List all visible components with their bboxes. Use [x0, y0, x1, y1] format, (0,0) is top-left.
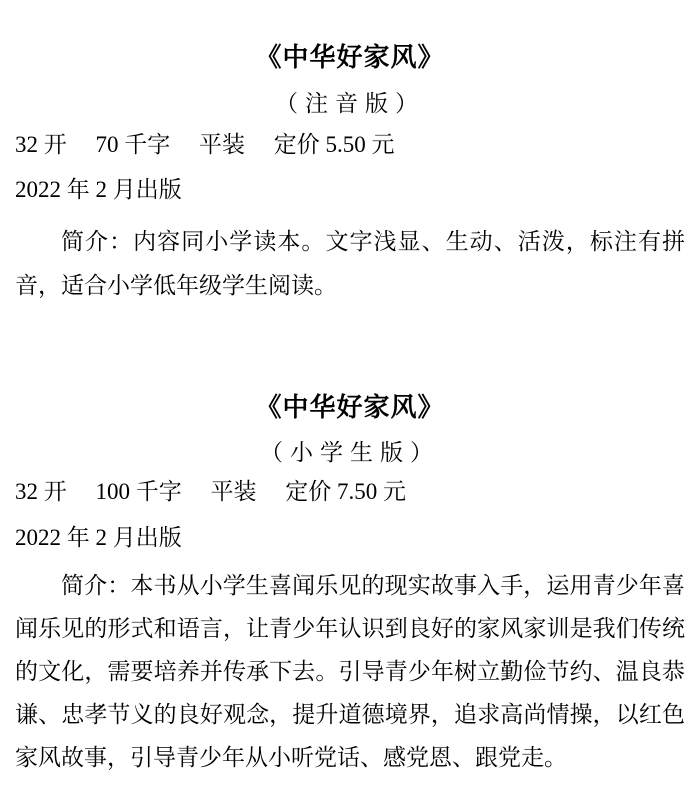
book-entry-xiaoxuesheng: 《中华好家风》 （小学生版） 32 开 100 千字 平装 定价 7.50 元 …	[15, 392, 685, 779]
book-spec-line: 32 开 70 千字 平装 定价 5.50 元	[15, 132, 685, 158]
book-title: 《中华好家风》	[15, 42, 685, 72]
document-page: 《中华好家风》 （注音版） 32 开 70 千字 平装 定价 5.50 元 20…	[0, 0, 700, 788]
book-publish-date: 2022 年 2 月出版	[15, 525, 685, 551]
book-edition-label: （注音版）	[15, 90, 685, 118]
book-entry-zhuyin: 《中华好家风》 （注音版） 32 开 70 千字 平装 定价 5.50 元 20…	[15, 42, 685, 308]
book-title: 《中华好家风》	[15, 392, 685, 422]
book-intro-paragraph: 简介：内容同小学读本。文字浅显、生动、活泼，标注有拼音，适合小学低年级学生阅读。	[15, 220, 685, 308]
book-spec-line: 32 开 100 千字 平装 定价 7.50 元	[15, 479, 685, 505]
book-edition-label: （小学生版）	[15, 439, 685, 467]
book-publish-date: 2022 年 2 月出版	[15, 177, 685, 203]
book-intro-paragraph: 简介：本书从小学生喜闻乐见的现实故事入手，运用青少年喜闻乐见的形式和语言，让青少…	[15, 564, 685, 779]
